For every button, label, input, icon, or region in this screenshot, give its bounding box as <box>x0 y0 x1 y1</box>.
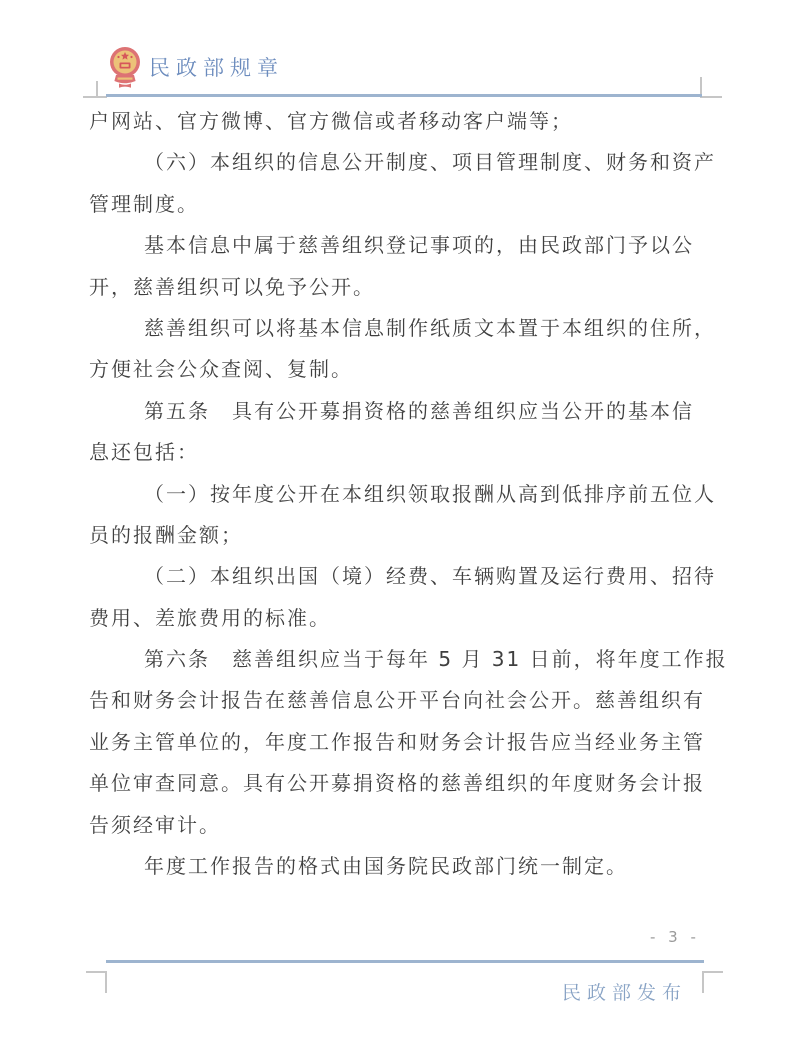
publisher-label: 民政部发布 <box>562 978 687 1005</box>
document-body: 户网站、官方微博、官方微信或者移动客户端等； （六）本组织的信息公开制度、项目管… <box>89 101 713 887</box>
body-text-line: 户网站、官方微博、官方微信或者移动客户端等； <box>89 101 713 142</box>
crop-mark-top-left-vertical <box>96 81 98 97</box>
crop-mark-top-left-horizontal <box>83 96 107 98</box>
crop-mark-bottom-left-vertical <box>105 971 107 993</box>
body-text-line: 单位审查同意。具有公开募捐资格的慈善组织的年度财务会计报 <box>89 763 713 804</box>
crop-mark-top-right-horizontal <box>700 96 722 98</box>
body-text-line: 方便社会公众查阅、复制。 <box>89 349 713 390</box>
header-rule <box>106 94 702 97</box>
page-number: - 3 - <box>650 928 700 946</box>
body-text-line: 费用、差旅费用的标准。 <box>89 598 713 639</box>
national-emblem-icon <box>109 46 141 89</box>
body-text-line: 第五条 具有公开募捐资格的慈善组织应当公开的基本信 <box>89 391 713 432</box>
body-text-line: 基本信息中属于慈善组织登记事项的，由民政部门予以公 <box>89 225 713 266</box>
body-text-line: 第六条 慈善组织应当于每年 5 月 31 日前，将年度工作报 <box>89 639 713 680</box>
body-text-line: （二）本组织出国（境）经费、车辆购置及运行费用、招待 <box>89 556 713 597</box>
body-text-line: （六）本组织的信息公开制度、项目管理制度、财务和资产 <box>89 142 713 183</box>
body-text-line: 开，慈善组织可以免予公开。 <box>89 267 713 308</box>
body-text-line: （一）按年度公开在本组织领取报酬从高到低排序前五位人 <box>89 474 713 515</box>
body-text-line: 慈善组织可以将基本信息制作纸质文本置于本组织的住所， <box>89 308 713 349</box>
header-title: 民政部规章 <box>149 52 284 82</box>
body-text-line: 业务主管单位的，年度工作报告和财务会计报告应当经业务主管 <box>89 722 713 763</box>
body-text-line: 年度工作报告的格式由国务院民政部门统一制定。 <box>89 846 713 887</box>
body-text-line: 告须经审计。 <box>89 805 713 846</box>
body-text-line: 告和财务会计报告在慈善信息公开平台向社会公开。慈善组织有 <box>89 680 713 721</box>
footer-rule <box>106 960 704 963</box>
body-text-line: 员的报酬金额； <box>89 515 713 556</box>
crop-mark-bottom-right-horizontal <box>702 971 723 973</box>
document-page: 民政部规章 户网站、官方微博、官方微信或者移动客户端等； （六）本组织的信息公开… <box>0 0 799 1049</box>
body-text-line: 管理制度。 <box>89 184 713 225</box>
crop-mark-bottom-right-vertical <box>702 971 704 993</box>
crop-mark-bottom-left-horizontal <box>86 971 107 973</box>
body-text-line: 息还包括： <box>89 432 713 473</box>
